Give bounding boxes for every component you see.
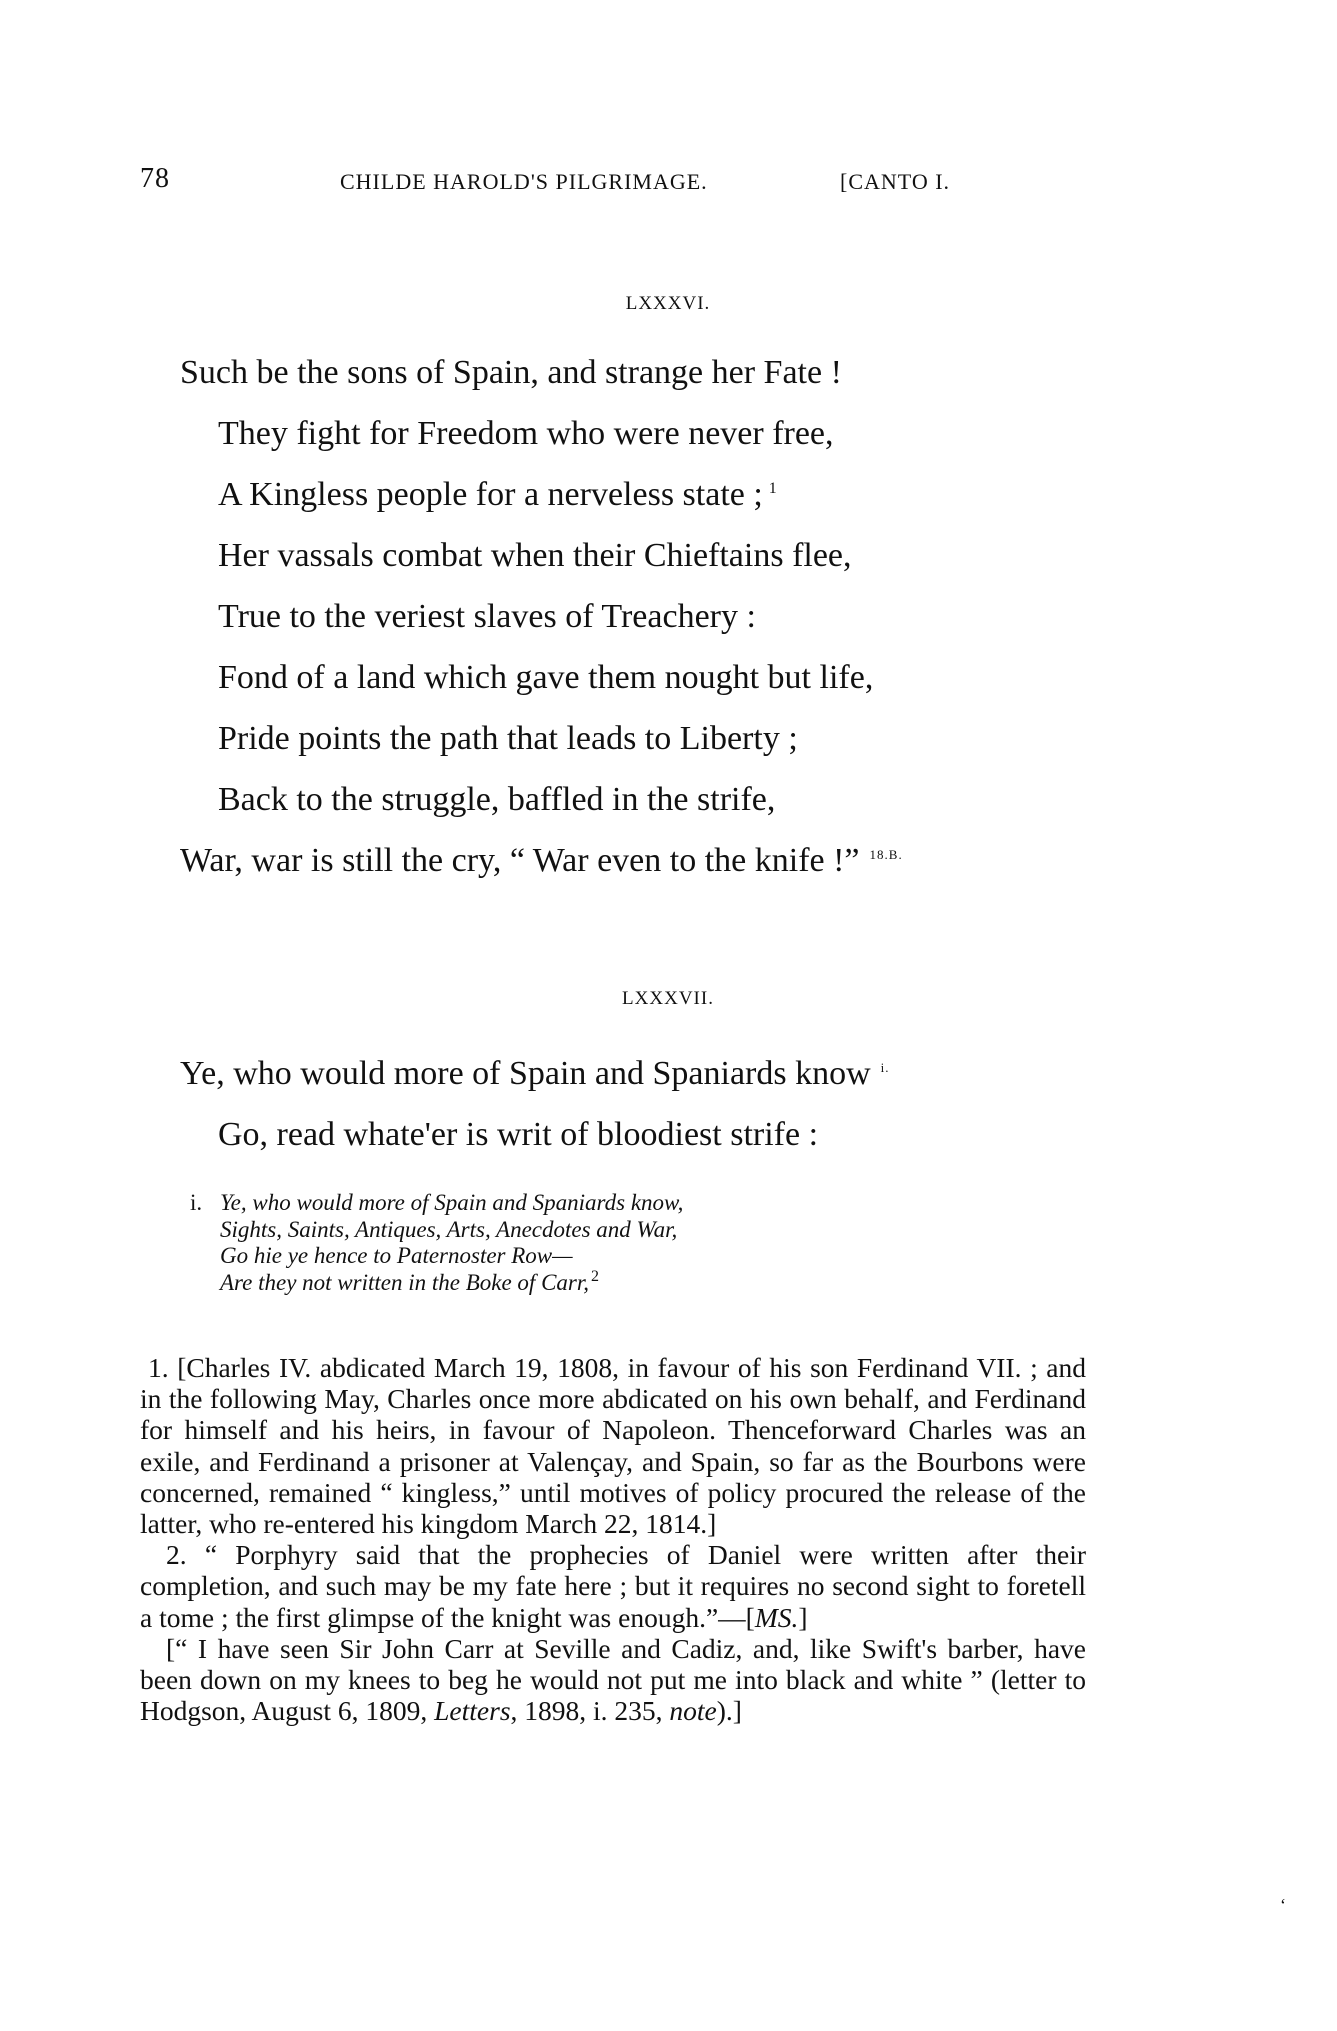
stray-printer-mark: ‘ xyxy=(1280,1895,1286,1916)
variant-line: i.Ye, who would more of Spain and Spania… xyxy=(190,1190,683,1217)
canto-label: [CANTO I. xyxy=(840,169,950,195)
verse-line: War, war is still the cry, “ War even to… xyxy=(180,830,903,891)
verse-line: Pride points the path that leads to Libe… xyxy=(180,708,903,769)
footnote-1: 1. [Charles IV. abdicated March 19, 1808… xyxy=(140,1352,1086,1539)
stanza-numeral: LXXXVI. xyxy=(626,293,711,315)
stanza-lxxxvii: Ye, who would more of Spain and Spaniard… xyxy=(180,1043,890,1165)
footnote-number: 1. xyxy=(148,1352,169,1383)
variant-line: Sights, Saints, Antiques, Arts, Anecdote… xyxy=(190,1217,683,1244)
footnote-2-editor-note: [“ I have seen Sir John Carr at Seville … xyxy=(140,1633,1086,1727)
verse-line: Back to the struggle, baffled in the str… xyxy=(180,769,903,830)
variant-ref[interactable]: i. xyxy=(881,1060,890,1075)
verse-line: Fond of a land which gave them nought bu… xyxy=(180,647,903,708)
verse-line: Ye, who would more of Spain and Spaniard… xyxy=(180,1043,890,1104)
footnote-ref[interactable]: 2 xyxy=(591,1268,599,1285)
variant-line: Go hie ye hence to Paternoster Row— xyxy=(190,1243,683,1270)
variant-marker: i. xyxy=(190,1190,220,1217)
footnote-2: 2. “ Porphyry said that the prophecies o… xyxy=(140,1539,1086,1633)
verse-line: A Kingless people for a nerveless state … xyxy=(180,464,903,525)
verse-line: Such be the sons of Spain, and strange h… xyxy=(180,342,903,403)
stanza-numeral: LXXXVII. xyxy=(622,988,714,1010)
marginal-note: 18.B. xyxy=(870,847,903,862)
verse-line: Her vassals combat when their Chieftains… xyxy=(180,525,903,586)
verse-line: True to the veriest slaves of Treachery … xyxy=(180,586,903,647)
variant-note: i.Ye, who would more of Spain and Spania… xyxy=(190,1190,683,1296)
footnotes: 1. [Charles IV. abdicated March 19, 1808… xyxy=(140,1352,1086,1726)
variant-line: Are they not written in the Boke of Carr… xyxy=(190,1270,683,1297)
verse-line: Go, read whate'er is writ of bloodiest s… xyxy=(180,1104,890,1165)
stanza-lxxxvi: Such be the sons of Spain, and strange h… xyxy=(180,342,903,891)
footnote-ref[interactable]: 1 xyxy=(769,480,777,497)
page-number: 78 xyxy=(140,163,170,195)
verse-line: They fight for Freedom who were never fr… xyxy=(180,403,903,464)
running-header: 78 CHILDE HAROLD'S PILGRIMAGE. [CANTO I. xyxy=(140,163,1090,203)
footnote-number: 2. xyxy=(166,1539,187,1570)
running-title: CHILDE HAROLD'S PILGRIMAGE. xyxy=(340,169,708,195)
